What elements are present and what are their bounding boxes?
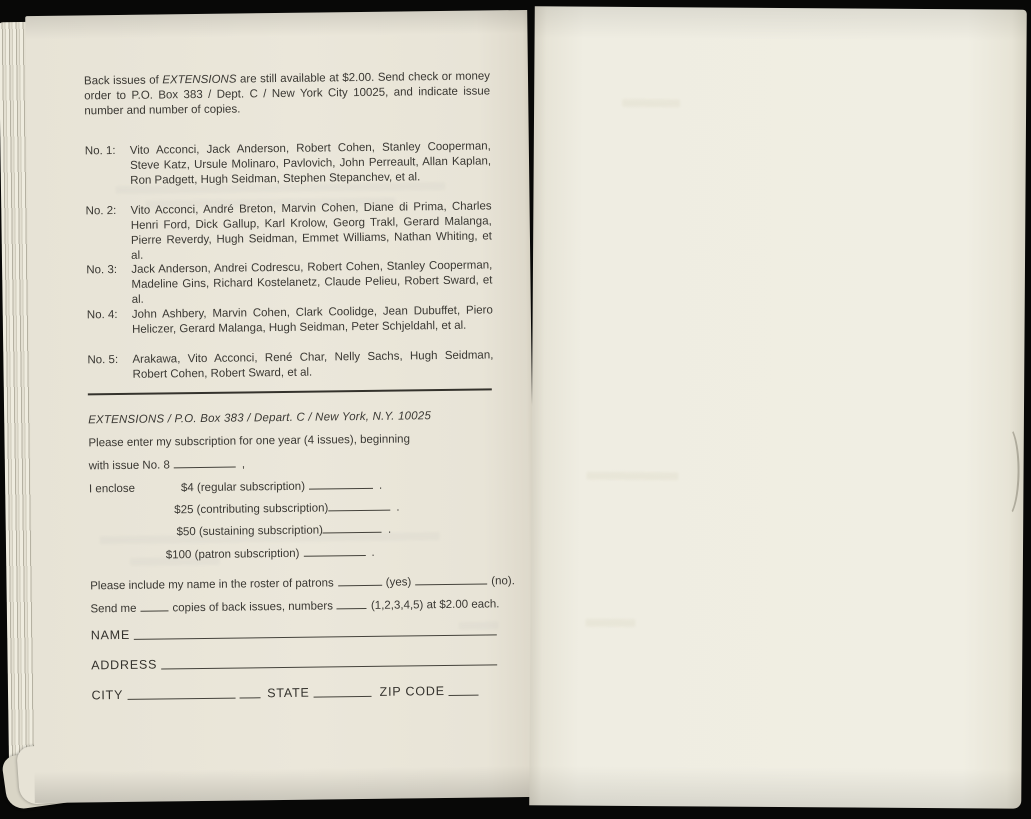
contributing-amount-blank [328,501,390,512]
book-scan: Back issues of EXTENSIONS are still avai… [0,0,1031,819]
subscribe-line: Please enter my subscription for one yea… [88,432,410,451]
issue-start-text: with issue No. 8 [89,459,170,472]
issue-start-comma: , [242,458,245,470]
address-blank [161,663,497,669]
issue-number: No. 1: [85,144,116,159]
state-label: STATE [267,686,310,702]
enclose-option-label: $4 (regular subscription) [181,481,305,495]
back-copies-p2: copies of back issues, numbers [172,600,333,614]
back-issue-entry: No. 3: Jack Anderson, Andrei Codrescu, R… [86,258,493,308]
back-issue-entry: No. 4: John Ashbery, Marvin Cohen, Clark… [87,303,493,338]
enclose-row-patron: $100 (patron subscription). [90,544,496,549]
city-state-zip-row: CITYSTATEZIP CODE [91,683,497,703]
address-row: ADDRESS [91,653,497,673]
enclose-row-regular: I enclose$4 (regular subscription). [89,477,495,497]
back-issue-entry: No. 1: Vito Acconci, Jack Anderson, Robe… [85,139,492,189]
name-blank [134,633,497,639]
address-label: ADDRESS [91,658,157,674]
city-extra-blank [239,696,260,698]
show-through-smudge [585,619,635,627]
enclose-option-label: $25 (contributing subscription) [174,502,328,516]
enclose-row-sustaining: $50 (sustaining subscription). [89,521,495,526]
back-copies-p3: (1,2,3,4,5) at $2.00 each. [371,598,500,612]
issue-contributors: Arakawa, Vito Acconci, René Char, Nelly … [132,348,493,382]
enclose-period: . [379,480,382,492]
copies-numbers-blank [337,599,367,609]
city-blank [127,697,235,700]
enclose-row-contributing: $25 (contributing subscription). [89,499,495,504]
roster-text: Please include my name in the roster of … [90,577,334,592]
enclose-option-label: $50 (sustaining subscription) [176,524,323,538]
roster-no-label: (no). [491,575,515,587]
zip-blank [449,694,479,696]
issue-start-line: with issue No. 8, [89,457,246,474]
intro-paragraph: Back issues of EXTENSIONS are still avai… [84,69,491,119]
back-copies-line: Send mecopies of back issues, numbers(1,… [90,597,499,617]
back-issue-entry: No. 2: Vito Acconci, André Breton, Marvi… [86,199,493,264]
enclose-period: . [388,524,391,536]
issue-contributors: John Ashbery, Marvin Cohen, Clark Coolid… [132,303,493,337]
roster-line: Please include my name in the roster of … [90,574,515,594]
issue-contributors: Vito Acconci, Jack Anderson, Robert Cohe… [130,139,492,188]
issue-number: No. 5: [87,353,118,368]
page-curl [993,425,1020,519]
issue-number: No. 3: [86,263,117,278]
patron-amount-blank [303,546,365,557]
issue-number-blank [174,458,236,469]
issue-number: No. 4: [87,308,118,323]
name-row: NAME [91,623,497,643]
state-blank [314,695,372,698]
city-label: CITY [91,688,123,703]
divider-rule [88,388,492,395]
issue-number: No. 2: [86,204,117,219]
left-page: Back issues of EXTENSIONS are still avai… [25,10,537,803]
issue-contributors: Vito Acconci, André Breton, Marvin Cohen… [131,199,493,263]
show-through-smudge [622,99,680,107]
mailing-address-line: EXTENSIONS / P.O. Box 383 / Depart. C / … [88,409,431,428]
right-page [529,6,1027,808]
enclose-option-label: $100 (patron subscription) [166,548,300,562]
left-page-content: Back issues of EXTENSIONS are still avai… [83,10,499,802]
magazine-title: EXTENSIONS [162,74,236,87]
roster-no-blank [415,574,487,585]
roster-yes-label: (yes) [386,576,412,588]
sustaining-amount-blank [323,523,382,534]
name-label: NAME [91,628,131,643]
zip-label: ZIP CODE [380,684,445,700]
enclose-period: . [371,547,374,559]
copies-count-blank [140,601,168,611]
regular-amount-blank [309,479,373,490]
back-issue-entry: No. 5: Arakawa, Vito Acconci, René Char,… [87,348,493,383]
enclose-lead: I enclose [89,483,135,496]
back-copies-p1: Send me [90,603,136,616]
show-through-smudge [586,472,678,481]
issue-contributors: Jack Anderson, Andrei Codrescu, Robert C… [131,258,493,307]
intro-pre: Back issues of [84,74,159,87]
roster-yes-blank [338,576,382,587]
enclose-period: . [396,502,399,514]
